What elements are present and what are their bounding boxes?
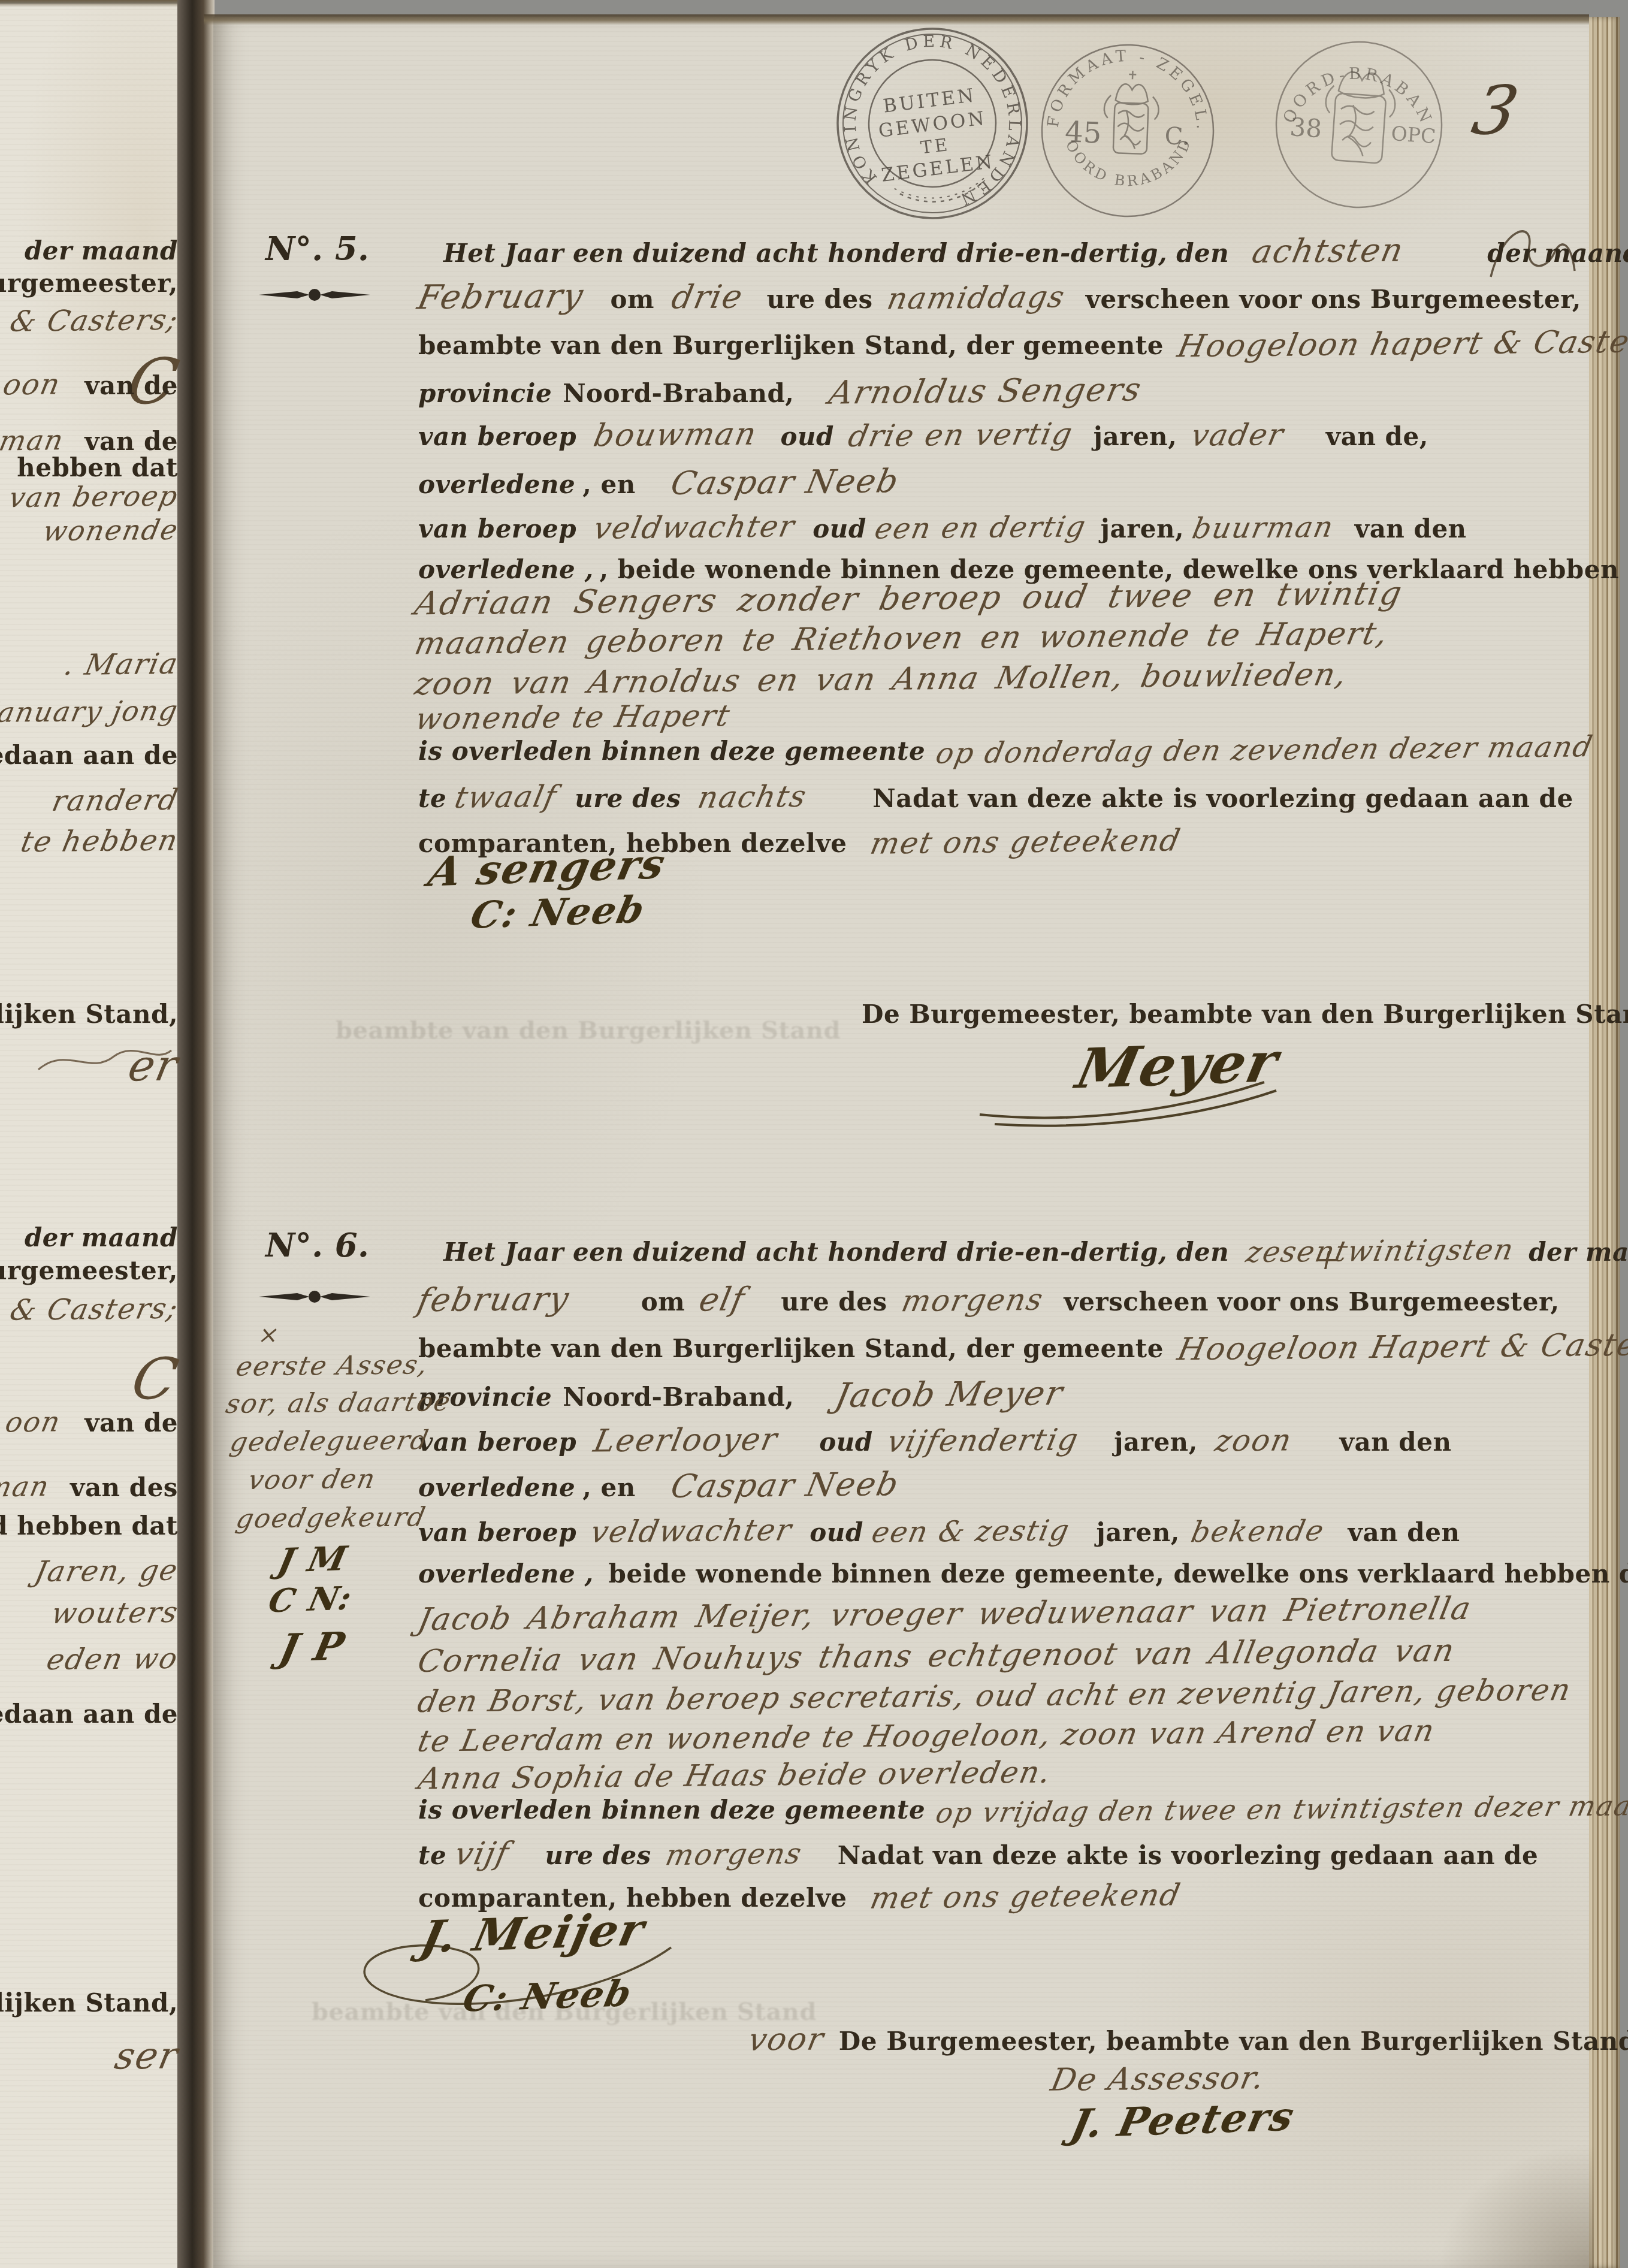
printed-text: van den [1348, 1518, 1460, 1547]
stamp-graphic: NOORD-BRABAND. 38 OPC [1263, 29, 1455, 221]
previous-page-text-fragment: Burgerlijken Stand, [0, 1002, 178, 1027]
stamp-graphic: KONINGRYK DER NEDERLANDEN BUITEN GEWOON … [820, 11, 1044, 235]
handwritten-text: zoon [1213, 1425, 1295, 1455]
assessor-line: De Assessor. [1052, 2064, 1264, 2095]
bleedthrough-text: beambte van den Burgerlijken Stand [312, 2000, 817, 2024]
record-2-margin-note: gedelegueerd [231, 1429, 428, 1455]
handwritten-text: J. Meijer [417, 1908, 650, 1960]
record-1-text-line: overledene, enCaspar Neeb [418, 466, 899, 499]
printed-text: ns Burgemeester, [0, 268, 178, 298]
handwritten-text: s van beroep [0, 482, 181, 511]
handwritten-text: er [125, 1044, 183, 1088]
page-torn-top-edge [204, 14, 1589, 25]
printed-text: Nadat van deze akte is voorlezing gedaan… [838, 1841, 1538, 1870]
printed-text: jaren, [1101, 514, 1184, 543]
previous-page-text-fragment: Burgerlijken Stand, [0, 1991, 178, 2016]
printed-text: verscheen voor ons Burgemeester, [1086, 285, 1581, 314]
scanned-register-page: KONINGRYK DER NEDERLANDEN BUITEN GEWOON … [0, 0, 1628, 2268]
handwritten-text: february [415, 1283, 572, 1317]
printed-text: jaren, [1114, 1427, 1197, 1457]
handwritten-text: elf [697, 1284, 748, 1316]
handwritten-text: De Assessor. [1048, 2062, 1267, 2096]
record-5-number-label: N°. 5. [265, 229, 369, 268]
printed-text: verscheen voor ons Burgemeester, [1064, 1287, 1559, 1316]
printed-text: hebben dat [17, 453, 178, 482]
handwritten-text: Caspar Neeb [668, 1468, 902, 1503]
handwritten-text: vader [1189, 419, 1287, 451]
previous-page-text-fragment: te hebben [22, 827, 178, 856]
record-2-text-line: den Borst, van beroep secretaris, oud ac… [419, 1681, 1570, 1711]
handwritten-text: Anna Sophia de Haas beide overleden. [416, 1757, 1054, 1793]
printed-text: der maand [1529, 1237, 1628, 1267]
printed-text: ure des [575, 784, 681, 813]
handwritten-text: sten January jong [0, 697, 181, 727]
printed-text: is overleden binnen deze gemeente [418, 1795, 925, 1825]
handwritten-text: eden wo [44, 1644, 181, 1674]
printed-text: Het Jaar een duizend acht honderd drie-e… [443, 1237, 1229, 1267]
previous-page-text-fragment: . Maria [65, 650, 178, 679]
stamp-denomination-value: 45 [1064, 115, 1102, 150]
record-1-text-line: provincieNoord-Braband,Arnoldus Sengers [418, 375, 1141, 407]
printed-text: is overleden binnen deze gemeente [418, 736, 925, 766]
printed-text: beambte van den Burgerlijken Stand, der … [418, 1334, 1164, 1363]
previous-page-text-fragment: wonende [44, 517, 178, 544]
record-2-margin-note: sor, als daartoe [226, 1390, 451, 1417]
record-1-text-line: Februaryomdrieure desnamiddagsverscheen … [418, 280, 1581, 314]
handwritten-text: uman [0, 426, 67, 454]
handwritten-text: wouters [49, 1598, 181, 1628]
printed-text: oud [810, 1518, 863, 1547]
handwritten-text: met ons geteekend [868, 1880, 1183, 1913]
handwritten-text: morgens [899, 1285, 1046, 1316]
previous-page-text-fragment: oonvan de [6, 1408, 178, 1436]
section-divider-ornament [258, 286, 371, 303]
handwritten-text: uman [0, 1472, 52, 1500]
previous-page-text-fragment: sten January jong [0, 698, 178, 726]
printed-text: g gedaan aan de [0, 1699, 178, 1729]
handwritten-text: J M [275, 1542, 351, 1578]
page-corner-shadow [1426, 2133, 1594, 2268]
previous-page-text-fragment: wouters [52, 1599, 178, 1627]
handwritten-text: Arnoldus Sengers [826, 373, 1144, 409]
handwritten-text: bouwman [591, 419, 760, 452]
printed-text: Het Jaar een duizend acht honderd drie-e… [443, 238, 1229, 268]
previous-page-text-fragment: er [129, 1044, 178, 1087]
handwritten-text: × [256, 1323, 283, 1347]
printed-text: Noord-Braband, [563, 379, 794, 408]
handwritten-text: Hoogeloon hapert & Casteren; [1175, 325, 1628, 362]
handwritten-text: February [415, 280, 587, 315]
record-2-text-line: Cornelia van Nouhuys thans echtgenoot va… [419, 1641, 1454, 1672]
printed-text: gedaan aan de [0, 741, 178, 770]
printed-text: De Burgemeester, beambte van den Burgerl… [862, 999, 1628, 1029]
previous-page-text-fragment: hebben dat [17, 455, 178, 481]
printed-text: om [641, 1287, 685, 1316]
previous-page-text-fragment: ons Burgemeester, [0, 1258, 178, 1284]
previous-page-text-fragment: eden wo [47, 1645, 178, 1674]
printed-text: overledene , [418, 555, 594, 584]
printed-text: Nadat van deze akte is voorlezing gedaan… [872, 784, 1573, 813]
signature-j-peeters: J. Peeters [1073, 2100, 1293, 2140]
previous-page-text-fragment: C [133, 1351, 178, 1408]
bleedthrough-text: beambte van den Burgerlijken Stand [336, 1019, 841, 1043]
handwritten-text: C [128, 1351, 184, 1409]
printed-text: om [610, 285, 654, 314]
previous-page-text-fragment: umanvan des [0, 1473, 178, 1500]
printed-text: van beroep [418, 1427, 576, 1457]
record-2-margin-note: C N: [270, 1583, 352, 1615]
previous-page-text-fragment: g gedaan aan de [0, 1702, 178, 1727]
printed-text: van den [1340, 1427, 1452, 1457]
printed-text: oud [819, 1427, 872, 1457]
handwritten-text: maanden geboren te Riethoven en wonende … [412, 618, 1391, 660]
handwritten-text: Cornelia van Nouhuys thans echtgenoot va… [415, 1635, 1458, 1677]
record-2-margin-note: eerste Asses, [237, 1353, 428, 1379]
record-2-margin-note: J P [280, 1629, 345, 1667]
printed-text: ure des [545, 1841, 651, 1870]
signature-meyer: Meyer [1079, 1038, 1277, 1093]
printed-text: oud [813, 514, 866, 543]
stamp-center-text: BUITEN GEWOON TE ZEGELEN [872, 83, 996, 186]
printed-text: Noord-Braband, [563, 1382, 794, 1412]
previous-page-text-fragment: Jaren, ge [35, 1557, 178, 1586]
record-1-text-line: Adriaan Sengers zonder beroep oud twee e… [416, 582, 1401, 615]
handwritten-text: A sengers [425, 844, 669, 893]
handwritten-text: een & zestig [869, 1516, 1073, 1547]
closing-printed-line: voorDe Burgemeester, beambte van den Bur… [749, 2024, 1628, 2055]
handwritten-text: C: Neeb [467, 891, 648, 934]
handwritten-text: zoon van Arnoldus en van Anna Mollen, bo… [412, 659, 1350, 700]
record-2-text-line: februaryomelfure desmorgensverscheen voo… [418, 1284, 1560, 1316]
record-1-text-line: is overleden binnen deze gemeenteop dond… [418, 736, 1592, 765]
record-2-text-line: van beroepveldwachteroudeen & zestigjare… [418, 1516, 1460, 1546]
record-2-text-line: comparanten, hebben dezelvemet ons getee… [418, 1882, 1180, 1911]
handwritten-text: wonende [41, 516, 181, 545]
section-divider-ornament [258, 1288, 371, 1305]
record-1-text-line: tetwaalfure desnachtsNadat van deze akte… [418, 782, 1573, 812]
record-2-margin-note: voor den [249, 1467, 375, 1493]
record-2-text-line: beambte van den Burgerlijken Stand, der … [418, 1331, 1628, 1363]
handwritten-text: goedgekeurd [234, 1504, 428, 1532]
record-6-number-label: N°. 6. [265, 1226, 369, 1264]
handwritten-text: een en dertig [872, 512, 1089, 543]
handwritten-text: ser [111, 2037, 182, 2074]
handwritten-text: namiddags [884, 282, 1068, 313]
handwritten-text: C N: [266, 1582, 356, 1617]
printed-text: van de [84, 1408, 178, 1437]
handwritten-text: sor, als daartoe [223, 1389, 454, 1418]
handwritten-text: voor den [246, 1466, 378, 1494]
handwritten-text: den Borst, van beroep secretaris, oud ac… [415, 1675, 1574, 1717]
formaat-zegel-stamp: FORMAAT - ZEGEL. NOORD BRABAND. 45 C. [1035, 38, 1221, 224]
stamp-graphic: FORMAAT - ZEGEL. NOORD BRABAND. 45 C. [1035, 38, 1221, 224]
handwritten-text: achtsten [1250, 234, 1407, 268]
handwritten-text: op donderdag den zevenden dezer maand [934, 732, 1596, 768]
printed-text: , en [582, 470, 636, 499]
previous-page-text-fragment: gedaan aan de [0, 743, 178, 768]
record-2-margin-note: × [259, 1323, 280, 1347]
handwritten-text: Jaren, ge [32, 1556, 181, 1586]
printed-text: te [418, 784, 446, 813]
record-1-text-line: beambte van den Burgerlijken Stand, der … [418, 328, 1628, 360]
printed-text: overledene [418, 1473, 575, 1502]
handwritten-text: pert & Casters; [0, 306, 181, 337]
record-2-text-line: overledene ,beide wonende binnen deze ge… [418, 1562, 1628, 1587]
buitengewoon-zegel-stamp: KONINGRYK DER NEDERLANDEN BUITEN GEWOON … [820, 11, 1044, 235]
printed-text: ure des [767, 285, 873, 314]
printed-text: van beroep [418, 1518, 576, 1547]
printed-text: van beroep [418, 422, 576, 451]
book-binding-shadow [177, 0, 215, 2268]
handwritten-text: vijfendertig [884, 1424, 1081, 1456]
stamp-right-value: OPC [1391, 122, 1437, 148]
handwritten-text: Meyer [1072, 1034, 1283, 1096]
printed-text: van de [84, 371, 178, 400]
handwritten-text: Adriaan Sengers zonder beroep oud twee e… [412, 577, 1406, 620]
printed-text: van de, [1326, 422, 1428, 451]
record-2-text-line: is overleden binnen deze gemeenteop vrij… [418, 1795, 1628, 1823]
record-1-text-line: van beroepveldwachteroudeen en dertigjar… [418, 512, 1467, 542]
handwritten-text: te Leerdam en wonende te Hoogeloon, zoon… [415, 1716, 1437, 1756]
handwritten-text: Jacob Abraham Meijer, vroeger weduwenaar… [415, 1593, 1475, 1635]
printed-text: jaren, [1094, 422, 1177, 451]
handwritten-text: oon [1, 370, 64, 400]
signature-j-meijer: J. Meijer [422, 1911, 644, 1956]
printed-text: der maand [1487, 238, 1628, 268]
printed-text: oud [781, 422, 834, 451]
noord-braband-stamp: NOORD-BRABAND. 38 OPC [1263, 29, 1455, 221]
printed-text: ons Burgemeester, [0, 1256, 178, 1285]
previous-page-text-fragment: ns Burgemeester, [0, 271, 178, 296]
previous-page-text-fragment: pert & Casters; [0, 307, 178, 336]
record-2-text-line: Anna Sophia de Haas beide overleden. [419, 1760, 1050, 1790]
previous-page-strip [0, 4, 180, 2268]
handwritten-text: met ons geteekend [868, 825, 1183, 858]
handwritten-text: buurman [1190, 513, 1337, 543]
record-1-text-line: maanden geboren te Riethoven en wonende … [416, 623, 1387, 654]
record-2-text-line: provincieNoord-Braband,Jacob Meyer [418, 1378, 1063, 1412]
previous-page-text-fragment: ser [116, 2037, 178, 2074]
handwritten-text: Jacob Meyer [832, 1377, 1067, 1413]
handwritten-text: + [1312, 1245, 1343, 1274]
previous-page-text-fragment: pert & Casters; [0, 1295, 178, 1324]
previous-page-text-fragment: der maand [25, 1225, 178, 1251]
printed-text: , en [582, 1473, 636, 1502]
handwritten-text: wonende te Hapert [413, 700, 733, 733]
record-1-text-line: wonende te Hapert [416, 702, 730, 732]
printed-text: ure des [781, 1287, 887, 1316]
record-2-text-line: tevijfure desmorgensNadat van deze akte … [418, 1838, 1538, 1870]
previous-page-torn-edge [0, 0, 180, 7]
previous-page-text-fragment: oonvan de [4, 370, 178, 399]
printed-text: rd hebben dat [0, 1511, 178, 1541]
printed-text: der maand [25, 236, 178, 265]
printed-text: van beroep [418, 514, 576, 543]
handwritten-text: veldwachter [588, 1515, 795, 1547]
handwritten-text: vijf [452, 1838, 512, 1870]
handwritten-text: gedelegueerd [228, 1427, 431, 1455]
record-2-text-line: Het Jaar een duizend acht honderd drie-e… [443, 1237, 1628, 1266]
handwritten-text: zesentwintigsten [1244, 1236, 1517, 1267]
handwritten-text: te hebben [19, 826, 181, 857]
handwritten-text: op vrijdag den twee en twintigsten dezer… [934, 1792, 1628, 1827]
signature-c-neeb: C: Neeb [472, 894, 644, 931]
previous-page-text-fragment: der maand [25, 238, 178, 264]
handwritten-text: Hoogeloon Hapert & Casteren, [1175, 1328, 1628, 1365]
closing-printed-line: De Burgemeester, beambte van den Burgerl… [862, 1002, 1628, 1027]
previous-page-text-fragment: randerd [53, 786, 178, 815]
previous-page-text-fragment: umanvan de [0, 427, 178, 454]
printed-text: beambte van den Burgerlijken Stand [336, 1016, 841, 1044]
handwritten-text: drie en vertig [845, 419, 1076, 451]
handwritten-text: eerste Asses, [234, 1352, 431, 1380]
handwritten-text: voor [746, 2024, 827, 2055]
printed-text: te [418, 1841, 446, 1870]
printed-text: jaren, [1096, 1518, 1179, 1547]
handwritten-text: Caspar Neeb [668, 465, 902, 500]
handwritten-text: pert & Casters; [0, 1294, 181, 1325]
crowned-arms-icon [1103, 70, 1160, 155]
handwritten-text: oon [3, 1408, 64, 1436]
printed-text: provincie [418, 379, 552, 408]
handwritten-text: J P [276, 1627, 349, 1668]
printed-text: overledene , [418, 1559, 594, 1588]
printed-text: De Burgemeester, beambte van den Burgerl… [839, 2027, 1628, 2056]
printed-text: overledene [418, 470, 575, 499]
handwritten-text: bekende [1189, 1517, 1327, 1547]
handwritten-text: Leerlooyer [591, 1424, 781, 1457]
printed-text: Burgerlijken Stand, [0, 999, 178, 1029]
printed-text: beambte van den Burgerlijken Stand, der … [418, 331, 1164, 360]
insertion-caret-mark: + [1315, 1245, 1340, 1274]
printed-text: van den [1355, 514, 1467, 543]
printed-text: beambte van den Burgerlijken Stand [312, 1998, 817, 2026]
signature-a-sengers: A sengers [430, 848, 664, 889]
record-1-text-line: zoon van Arnoldus en van Anna Mollen, bo… [416, 664, 1346, 695]
handwritten-text: randerd [50, 786, 181, 816]
svg-text:TE: TE [919, 134, 950, 158]
handwritten-text: J. Peeters [1067, 2097, 1298, 2144]
printed-text: der maand [25, 1223, 178, 1252]
stamp-denomination-unit: C. [1164, 122, 1190, 150]
record-2-text-line: overledene, enCaspar Neeb [418, 1469, 899, 1502]
handwritten-text: veldwachter [591, 511, 798, 543]
record-2-text-line: te Leerdam en wonende te Hoogeloon, zoon… [419, 1721, 1434, 1751]
record-2-text-line: van beroepLeerlooyeroudvijfendertigjaren… [418, 1425, 1451, 1456]
previous-page-text-fragment: rd hebben dat [0, 1514, 178, 1539]
record-1-text-line: Het Jaar een duizend acht honderd drie-e… [443, 235, 1628, 267]
previous-page-text-fragment: s van beroep [0, 483, 178, 511]
record-1-text-line: van beroepbouwmanouddrie en vertigjaren,… [418, 419, 1428, 451]
handwritten-text: twaalf [452, 781, 560, 813]
handwritten-text: . Maria [62, 650, 181, 680]
record-2-text-line: Jacob Abraham Meijer, vroeger weduwenaar… [419, 1599, 1470, 1630]
record-2-margin-note: goedgekeurd [237, 1505, 425, 1532]
printed-text: van de [84, 427, 178, 456]
record-2-margin-note: J M [279, 1543, 347, 1577]
handwritten-text: morgens [663, 1840, 805, 1870]
printed-text: beide wonende binnen deze gemeente, dewe… [609, 1559, 1628, 1588]
handwritten-text: drie [669, 280, 746, 313]
stamp-left-value: 38 [1289, 112, 1323, 144]
handwritten-text: nachts [696, 781, 810, 813]
printed-text: Burgerlijken Stand, [0, 1988, 178, 2018]
printed-text: van des [70, 1473, 178, 1502]
